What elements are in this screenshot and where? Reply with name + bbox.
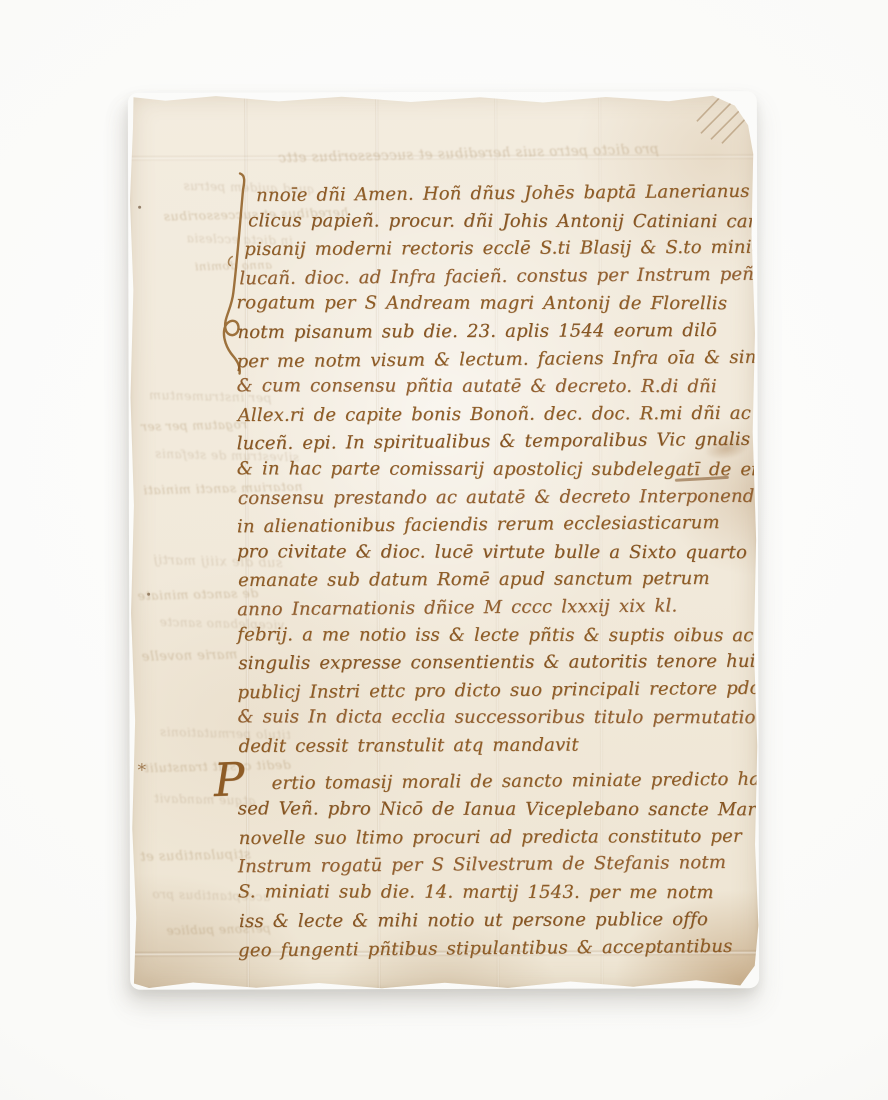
manuscript-text: nnoīe dñi Amen. Hoñ dñus Johēs baptā Lan… [128,91,759,990]
paragraph-2: ertio tomasij morali de sancto miniate p… [238,767,798,963]
manuscript-line: singulis expresse consentientis & autori… [238,648,806,678]
manuscript-line: emanate sub datum Romē apud sanctum petr… [238,565,806,595]
manuscript-line: febrij. a me notio iss & lecte pñtis & s… [237,621,805,650]
manuscript-line: luceñ. epi. In spiritualibus & temporali… [237,426,805,459]
manuscript-line: Instrum rogatū per S Silvestrum de Stefa… [238,849,798,882]
manuscript-line: notm pisanum sub die. 23. aplis 1544 eor… [237,317,805,347]
manuscript-line: & in hac parte comissarij apostolicj sub… [237,455,805,484]
paper-surface: pro dicto petro suis heredibus et succes… [128,91,759,990]
manuscript-line: geo fungenti pñtibus stipulantibus & acc… [238,932,798,965]
manuscript-line: & cum consensu pñtia autatē & decreto. R… [237,372,805,401]
manuscript-line: Allex.ri de capite bonis Bonoñ. dec. doc… [238,399,806,429]
manuscript-line: pisanij moderni rectoris ecclē S.ti Blas… [237,234,805,264]
manuscript-line: pro civitate & dioc. lucē virtute bulle … [237,538,805,567]
manuscript-line: ertio tomasij morali de sancto miniate p… [238,765,798,798]
manuscript-sheet: pro dicto petro suis heredibus et succes… [128,91,759,990]
paragraph-1: nnoīe dñi Amen. Hoñ dñus Johēs baptā Lan… [236,179,806,760]
manuscript-line: nnoīe dñi Amen. Hoñ dñus Johēs baptā Lan… [236,177,804,210]
manuscript-line: novelle suo ltimo procuri ad predicta co… [239,822,799,852]
manuscript-line: consensu prestando ac autatē & decreto I… [238,482,806,512]
manuscript-line: iss & lecte & mihi notio ut persone publ… [239,906,799,936]
manuscript-line: & suis In dicta ecclia successoribus tit… [237,704,805,733]
manuscript-line: in alienationibus faciendis rerum eccles… [237,508,805,541]
photo-background: pro dicto petro suis heredibus et succes… [0,0,888,1100]
manuscript-line: rogatum per S Andream magri Antonij de F… [236,290,804,319]
manuscript-line: clicus papieñ. procur. dñi Johis Antonij… [236,207,804,236]
manuscript-line: anno Incarnationis dñice M cccc lxxxij x… [237,591,805,624]
manuscript-line: sed Veñ. pbro Nicō de Ianua Viceplebano … [238,795,798,824]
manuscript-line: S. miniati sub die. 14. martij 1543. per… [238,879,798,908]
bleedthrough-line: officio fungentis [190,991,298,1008]
manuscript-line: dedit cessit transtulit atq mandavit [238,730,806,760]
manuscript-line: per me notm visum & lectum. faciens Infr… [236,343,804,376]
manuscript-line: publicj Instri ettc pro dicto suo princi… [237,674,805,707]
manuscript-line: lucañ. dioc. ad Infra facieñ. constus pe… [236,260,804,293]
margin-annotation-mark: * [138,761,147,781]
